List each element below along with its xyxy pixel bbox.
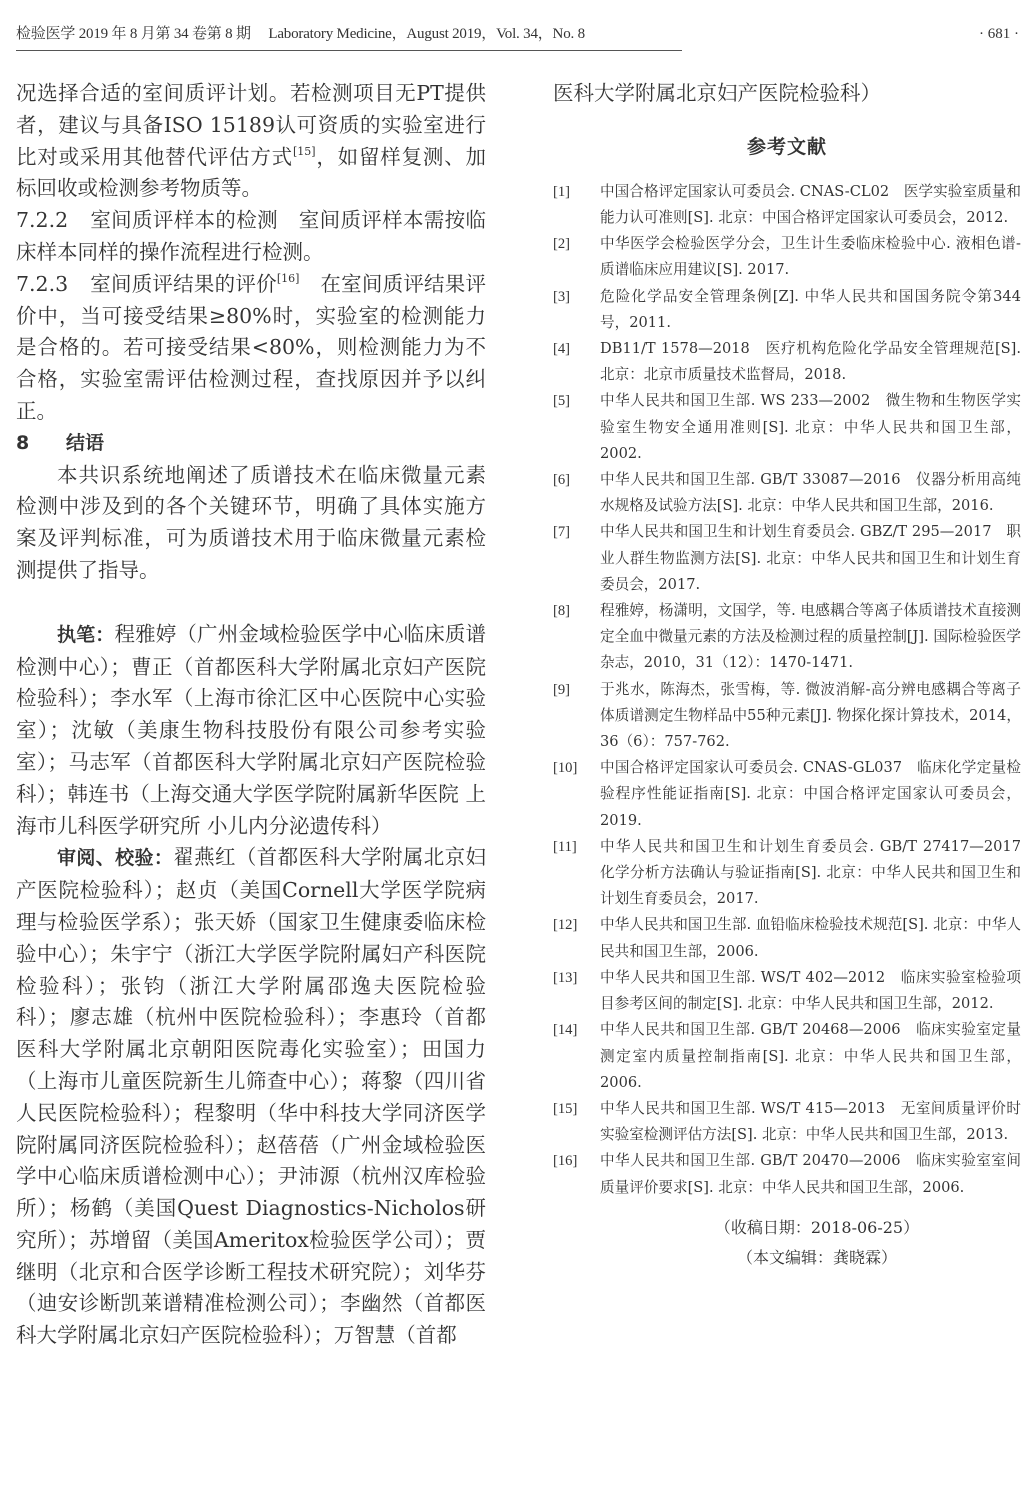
reference-text: 中华人民共和国卫生部. GB/T 20470—2006 临床实验室室间质量评价要… [600, 1148, 1021, 1200]
reference-text: 中华人民共和国卫生部. WS/T 415—2013 无室间质量评价时实验室检测评… [600, 1096, 1021, 1148]
reference-item: [6]中华人民共和国卫生部. GB/T 33087—2016 仪器分析用高纯水规… [553, 467, 1021, 519]
editor-note: （本文编辑：龚晓霖） [553, 1243, 1021, 1273]
reference-text: DB11/T 1578—2018 医疗机构危险化学品安全管理规范[S]. 北京：… [600, 336, 1021, 388]
reference-number: [3] [553, 284, 600, 336]
section-title: 室间质评结果的评价 [90, 272, 277, 296]
writers-paragraph: 执笔：程雅婷（广州金域检验医学中心临床质谱检测中心）；曹正（首都医科大学附属北京… [16, 619, 486, 843]
references-heading: 参考文献 [553, 132, 1021, 159]
reference-text: 中华人民共和国卫生部. GB/T 33087—2016 仪器分析用高纯水规格及试… [600, 467, 1021, 519]
reference-item: [16]中华人民共和国卫生部. GB/T 20470—2006 临床实验室室间质… [553, 1148, 1021, 1200]
reference-number: [14] [553, 1017, 600, 1096]
reference-number: [11] [553, 834, 600, 913]
reviewers-list: 翟燕红（首都医科大学附属北京妇产医院检验科）；赵贞（美国Cornell大学医学院… [16, 845, 486, 1347]
reference-item: [14]中华人民共和国卫生部. GB/T 20468—2006 临床实验室定量测… [553, 1017, 1021, 1096]
journal-title-cn: 检验医学 2019 年 8 月第 34 卷第 8 期 [16, 26, 251, 42]
reference-item: [15]中华人民共和国卫生部. WS/T 415—2013 无室间质量评价时实验… [553, 1096, 1021, 1148]
reference-text: 中华人民共和国卫生部. WS/T 402—2012 临床实验室检验项目参考区间的… [600, 965, 1021, 1017]
reference-text: 程雅婷，杨潇明，文国学，等. 电感耦合等离子体质谱技术直接测定全血中微量元素的方… [600, 598, 1021, 677]
reference-text: 于兆水，陈海杰，张雪梅，等. 微波消解-高分辨电感耦合等离子体质谱测定生物样品中… [600, 677, 1021, 756]
reviewers-continuation: 医科大学附属北京妇产医院检验科） [553, 78, 1021, 110]
reference-text: 中华人民共和国卫生部. 血铅临床检验技术规范[S]. 北京：中华人民共和国卫生部… [600, 912, 1021, 964]
section-number: 7.2.3 [16, 269, 90, 301]
running-header: 检验医学 2019 年 8 月第 34 卷第 8 期 Laboratory Me… [16, 22, 682, 51]
section-7-2-2: 7.2.2室间质评样本的检测 室间质评样本需按临床样本同样的操作流程进行检测。 [16, 205, 486, 269]
reference-number: [12] [553, 912, 600, 964]
section-title: 室间质评样本的检测 [90, 208, 278, 232]
citation[interactable]: [16] [277, 272, 300, 285]
reference-text: 中国合格评定国家认可委员会. CNAS-CL02 医学实验室质量和能力认可准则[… [600, 179, 1021, 231]
reference-item: [10]中国合格评定国家认可委员会. CNAS-GL037 临床化学定量检验程序… [553, 755, 1021, 834]
citation[interactable]: [15] [293, 145, 316, 158]
reference-text: 中华医学会检验医学分会，卫生计生委临床检验中心. 液相色谱-质谱临床应用建议[S… [600, 231, 1021, 283]
reference-item: [11]中华人民共和国卫生和计划生育委员会. GB/T 27417—2017 化… [553, 834, 1021, 913]
reference-item: [9]于兆水，陈海杰，张雪梅，等. 微波消解-高分辨电感耦合等离子体质谱测定生物… [553, 677, 1021, 756]
reference-item: [13]中华人民共和国卫生部. WS/T 402—2012 临床实验室检验项目参… [553, 965, 1021, 1017]
reference-number: [5] [553, 388, 600, 467]
section-number: 7.2.2 [16, 205, 90, 237]
reference-number: [7] [553, 519, 600, 598]
reference-number: [15] [553, 1096, 600, 1148]
reference-item: [12]中华人民共和国卫生部. 血铅临床检验技术规范[S]. 北京：中华人民共和… [553, 912, 1021, 964]
reference-text: 中国合格评定国家认可委员会. CNAS-GL037 临床化学定量检验程序性能证指… [600, 755, 1021, 834]
reference-number: [10] [553, 755, 600, 834]
reference-text: 危险化学品安全管理条例[Z]. 中华人民共和国国务院令第344号，2011. [600, 284, 1021, 336]
reference-item: [8]程雅婷，杨潇明，文国学，等. 电感耦合等离子体质谱技术直接测定全血中微量元… [553, 598, 1021, 677]
received-date: （收稿日期：2018-06-25） [553, 1213, 1021, 1243]
journal-title-en: Laboratory Medicine，August 2019，Vol. 34，… [268, 26, 585, 42]
reviewers-label: 审阅、校验： [57, 847, 173, 869]
reference-number: [6] [553, 467, 600, 519]
reference-number: [13] [553, 965, 600, 1017]
reference-text: 中华人民共和国卫生部. WS 233—2002 微生物和生物医学实验室生物安全通… [600, 388, 1021, 467]
reference-item: [7]中华人民共和国卫生和计划生育委员会. GBZ/T 295—2017 职业人… [553, 519, 1021, 598]
reference-number: [2] [553, 231, 600, 283]
right-column: 医科大学附属北京妇产医院检验科） 参考文献 [1]中国合格评定国家认可委员会. … [553, 78, 1021, 1273]
reviewers-paragraph: 审阅、校验：翟燕红（首都医科大学附属北京妇产医院检验科）；赵贞（美国Cornel… [16, 842, 486, 1352]
reference-number: [16] [553, 1148, 600, 1200]
page-number: · 681 · [979, 22, 1019, 46]
writers-list: 程雅婷（广州金域检验医学中心临床质谱检测中心）；曹正（首都医科大学附属北京妇产医… [16, 622, 486, 838]
reference-item: [4]DB11/T 1578—2018 医疗机构危险化学品安全管理规范[S]. … [553, 336, 1021, 388]
reference-item: [2]中华医学会检验医学分会，卫生计生委临床检验中心. 液相色谱-质谱临床应用建… [553, 231, 1021, 283]
reference-number: [1] [553, 179, 600, 231]
reference-item: [5]中华人民共和国卫生部. WS 233—2002 微生物和生物医学实验室生物… [553, 388, 1021, 467]
section-7-2-3: 7.2.3室间质评结果的评价[16] 在室间质评结果评价中，当可接受结果≥80%… [16, 269, 486, 428]
reference-text: 中华人民共和国卫生部. GB/T 20468—2006 临床实验室定量测定室内质… [600, 1017, 1021, 1096]
reference-item: [1]中国合格评定国家认可委员会. CNAS-CL02 医学实验室质量和能力认可… [553, 179, 1021, 231]
reference-text: 中华人民共和国卫生和计划生育委员会. GBZ/T 295—2017 职业人群生物… [600, 519, 1021, 598]
reference-text: 中华人民共和国卫生和计划生育委员会. GB/T 27417—2017 化学分析方… [600, 834, 1021, 913]
writers-label: 执笔： [57, 624, 114, 646]
section-8-heading: 8结语 [16, 428, 486, 460]
left-column: 况选择合适的室间质评计划。若检测项目无PT提供者，建议与具备ISO 15189认… [16, 78, 486, 1352]
paragraph-eqa-alternatives: 况选择合适的室间质评计划。若检测项目无PT提供者，建议与具备ISO 15189认… [16, 78, 486, 205]
reference-item: [3]危险化学品安全管理条例[Z]. 中华人民共和国国务院令第344号，2011… [553, 284, 1021, 336]
reference-number: [9] [553, 677, 600, 756]
reference-number: [8] [553, 598, 600, 677]
conclusion-paragraph: 本共识系统地阐述了质谱技术在临床微量元素检测中涉及到的各个关键环节，明确了具体实… [16, 460, 486, 587]
reference-list: [1]中国合格评定国家认可委员会. CNAS-CL02 医学实验室质量和能力认可… [553, 179, 1021, 1201]
reference-number: [4] [553, 336, 600, 388]
